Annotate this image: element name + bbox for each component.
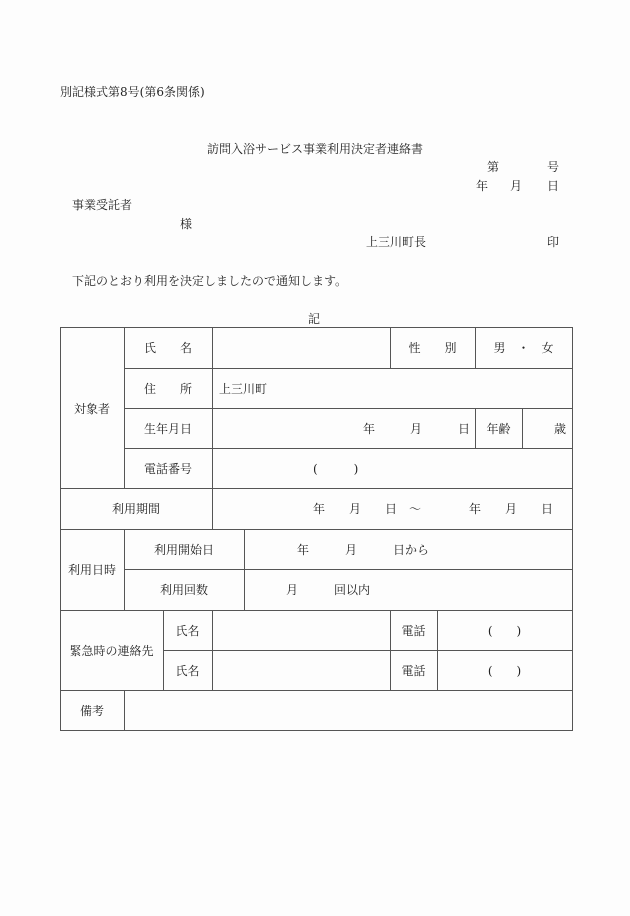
- period-field[interactable]: 年 月 日 ～ 年 月 日: [313, 488, 569, 529]
- emergency-phone-field-2[interactable]: ( ): [437, 650, 572, 690]
- emergency-phone-label-2: 電話: [390, 650, 437, 690]
- name-label: 氏 名: [124, 327, 212, 368]
- border: [60, 730, 573, 731]
- seal-mark: 印: [547, 236, 559, 248]
- birth-year-unit: 年: [362, 408, 376, 448]
- date-day: 日: [547, 180, 559, 192]
- recipient-label: 事業受託者: [72, 199, 132, 211]
- birth-day-unit: 日: [457, 408, 471, 448]
- address-field[interactable]: 上三川町: [219, 368, 569, 408]
- usage-group-label: 利用日時: [60, 529, 124, 610]
- birthdate-label: 生年月日: [124, 408, 212, 448]
- number-suffix: 号: [547, 161, 559, 173]
- phone-label: 電話番号: [124, 448, 212, 488]
- ki-heading: 記: [308, 313, 320, 325]
- birth-month-unit: 月: [409, 408, 423, 448]
- age-unit: 歳: [553, 408, 567, 448]
- divider: [244, 529, 245, 610]
- emergency-name-field-1[interactable]: [212, 610, 390, 650]
- date-month: 月: [510, 180, 522, 192]
- name-field[interactable]: [212, 327, 390, 368]
- document-title: 訪問入浴サービス事業利用決定者連絡書: [207, 143, 423, 155]
- age-label: 年齢: [475, 408, 522, 448]
- gender-field[interactable]: 男 ・ 女: [475, 327, 572, 368]
- remarks-field[interactable]: [124, 690, 572, 730]
- address-label: 住 所: [124, 368, 212, 408]
- start-date-label: 利用開始日: [124, 529, 244, 569]
- period-label: 利用期間: [60, 488, 212, 529]
- remarks-label: 備考: [60, 690, 124, 730]
- emergency-name-label-2: 氏名: [163, 650, 212, 690]
- emergency-phone-label-1: 電話: [390, 610, 437, 650]
- date-year: 年: [476, 180, 488, 192]
- emergency-phone-field-1[interactable]: ( ): [437, 610, 572, 650]
- recipient-honorific: 様: [180, 218, 192, 230]
- notice-text: 下記のとおり利用を決定しましたので通知します。: [72, 275, 347, 287]
- subject-group-label: 対象者: [60, 327, 124, 489]
- divider: [522, 408, 523, 449]
- emergency-group-label: 緊急時の連絡先: [60, 610, 163, 691]
- issuer: 上三川町長: [366, 236, 426, 248]
- usage-count-field[interactable]: 月 回以内: [286, 569, 566, 610]
- form-reference: 別記様式第8号(第6条関係): [60, 86, 205, 98]
- usage-count-label: 利用回数: [124, 569, 244, 610]
- start-date-field[interactable]: 年 月 日から: [297, 529, 567, 569]
- emergency-name-field-2[interactable]: [212, 650, 390, 690]
- emergency-name-label-1: 氏名: [163, 610, 212, 650]
- number-prefix: 第: [487, 161, 499, 173]
- gender-label: 性 別: [390, 327, 475, 368]
- phone-field[interactable]: ( ): [313, 448, 563, 488]
